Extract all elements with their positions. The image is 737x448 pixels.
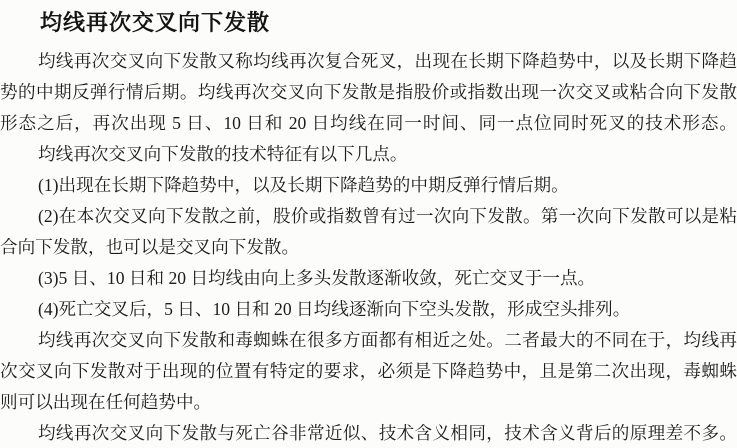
text-line: (1)出现在长期下降趋势中，以及长期下降趋势的中期反弹行情后期。: [0, 170, 737, 201]
text-line: 次交叉向下发散对于出现的位置有特定的要求，必须是下降趋势中，且是第二次出现，毒蜘…: [0, 356, 737, 387]
text-line: 均线再次交叉向下发散的技术特征有以下几点。: [0, 139, 737, 170]
text-line: 形态之后，再次出现 5 日、10 日和 20 日均线在同一时间、同一点位同时死叉…: [0, 108, 737, 139]
text-line: 均线再次交叉向下发散又称均线再次复合死叉，出现在长期下降趋势中，以及长期下降趋: [0, 46, 737, 77]
text-line: 则可以出现在任何趋势中。: [0, 387, 737, 418]
text-line: 势的中期反弹行情后期。均线再次交叉向下发散是指股价或指数出现一次交叉或粘合向下发…: [0, 77, 737, 108]
text-line: 均线再次交叉向下发散与死亡谷非常近似、技术含义相同，技术含义背后的原理差不多。: [0, 418, 737, 448]
body-text: 均线再次交叉向下发散又称均线再次复合死叉，出现在长期下降趋势中，以及长期下降趋势…: [0, 46, 737, 448]
text-line: (4)死亡交叉后，5 日、10 日和 20 日均线逐渐向下空头发散，形成空头排列…: [0, 294, 737, 325]
text-line: 合向下发散，也可以是交叉向下发散。: [0, 232, 737, 263]
book-page: 均线再次交叉向下发散 均线再次交叉向下发散又称均线再次复合死叉，出现在长期下降趋…: [0, 0, 737, 448]
text-line: (3)5 日、10 日和 20 日均线由向上多头发散逐渐收敛，死亡交叉于一点。: [0, 263, 737, 294]
section-heading: 均线再次交叉向下发散: [0, 0, 737, 36]
text-line: (2)在本次交叉向下发散之前，股价或指数曾有过一次向下发散。第一次向下发散可以是…: [0, 201, 737, 232]
text-line: 均线再次交叉向下发散和毒蜘蛛在很多方面都有相近之处。二者最大的不同在于，均线再: [0, 325, 737, 356]
